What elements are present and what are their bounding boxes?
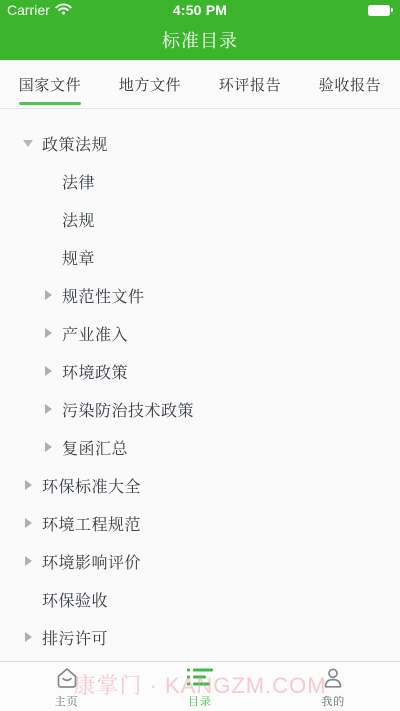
tree-item-label: 产业准入 [62, 322, 128, 345]
tree-item-label: 复函汇总 [62, 436, 128, 459]
tree-item-label: 规章 [62, 246, 95, 269]
tree-item-label: 排污许可 [42, 626, 108, 649]
chevron-right-icon[interactable] [22, 478, 35, 492]
arrow-spacer [42, 174, 55, 188]
tree-item[interactable]: 污染防治技术政策 [0, 390, 400, 428]
chevron-right-icon[interactable] [22, 630, 35, 644]
tree-item-label: 污染防治技术政策 [62, 398, 194, 421]
tab-eia-reports[interactable]: 环评报告 [200, 60, 300, 108]
tree-item[interactable]: 政策法规 [0, 124, 400, 162]
tree-item-label: 环境政策 [62, 360, 128, 383]
active-tab-indicator [19, 102, 81, 105]
tree-item-label: 环保标准大全 [42, 474, 141, 497]
home-icon [54, 665, 80, 691]
tab-label: 验收报告 [319, 74, 381, 95]
tree-item[interactable]: 环境政策 [0, 352, 400, 390]
chevron-right-icon[interactable] [42, 326, 55, 340]
tree-item[interactable]: 规章 [0, 238, 400, 276]
nav-label: 目录 [188, 693, 212, 709]
bottom-nav: 主页 目录 我的 [0, 661, 400, 711]
tree-item-label: 政策法规 [42, 132, 108, 155]
app-screen: Carrier 4:50 PM 标准目录 国家文件 地方文件 [0, 0, 400, 711]
tree-item[interactable]: 环保标准大全 [0, 466, 400, 504]
nav-label: 我的 [321, 693, 345, 709]
clock: 4:50 PM [173, 2, 227, 18]
tab-national-files[interactable]: 国家文件 [0, 60, 100, 108]
tab-local-files[interactable]: 地方文件 [100, 60, 200, 108]
tree-item-label: 环境影响评价 [42, 550, 141, 573]
tree-item[interactable]: 产业准入 [0, 314, 400, 352]
nav-item-directory[interactable]: 目录 [133, 662, 266, 711]
tab-strip: 国家文件 地方文件 环评报告 验收报告 [0, 60, 400, 109]
tree-item[interactable]: 复函汇总 [0, 428, 400, 466]
tree-item-label: 法律 [62, 170, 95, 193]
carrier-label: Carrier [7, 2, 50, 18]
nav-item-home[interactable]: 主页 [0, 662, 133, 711]
arrow-spacer [42, 212, 55, 226]
list-icon [187, 665, 213, 691]
tree-item-label: 环保验收 [42, 588, 108, 611]
battery-icon [368, 5, 393, 16]
tab-acceptance-reports[interactable]: 验收报告 [300, 60, 400, 108]
user-icon [320, 665, 346, 691]
tree-item[interactable]: 规范性文件 [0, 276, 400, 314]
chevron-right-icon[interactable] [22, 554, 35, 568]
chevron-right-icon[interactable] [22, 516, 35, 530]
tree-item[interactable]: 环保验收 [0, 580, 400, 618]
nav-label: 主页 [55, 693, 79, 709]
tree-item-label: 环境工程规范 [42, 512, 141, 535]
chevron-right-icon[interactable] [42, 440, 55, 454]
tab-label: 地方文件 [119, 74, 181, 95]
tab-label: 环评报告 [219, 74, 281, 95]
tree-item[interactable]: 环境工程规范 [0, 504, 400, 542]
header: 标准目录 [0, 20, 400, 60]
status-bar: Carrier 4:50 PM [0, 0, 400, 20]
page-title: 标准目录 [162, 27, 238, 53]
tree-list: 政策法规 法律 法规 规章 规范性文件 产业准入 环境政策 污染防治技术政策 [0, 109, 400, 661]
tree-item[interactable]: 法规 [0, 200, 400, 238]
chevron-right-icon[interactable] [42, 288, 55, 302]
nav-item-mine[interactable]: 我的 [267, 662, 400, 711]
arrow-spacer [22, 592, 35, 606]
tree-item[interactable]: 排污许可 [0, 618, 400, 656]
chevron-right-icon[interactable] [42, 364, 55, 378]
tree-item[interactable]: 法律 [0, 162, 400, 200]
tree-item-label: 法规 [62, 208, 95, 231]
chevron-down-icon[interactable] [22, 136, 35, 150]
tree-item-label: 规范性文件 [62, 284, 145, 307]
chevron-right-icon[interactable] [42, 402, 55, 416]
arrow-spacer [42, 250, 55, 264]
wifi-icon [55, 2, 72, 18]
tree-item[interactable]: 环境影响评价 [0, 542, 400, 580]
tab-label: 国家文件 [19, 74, 81, 95]
